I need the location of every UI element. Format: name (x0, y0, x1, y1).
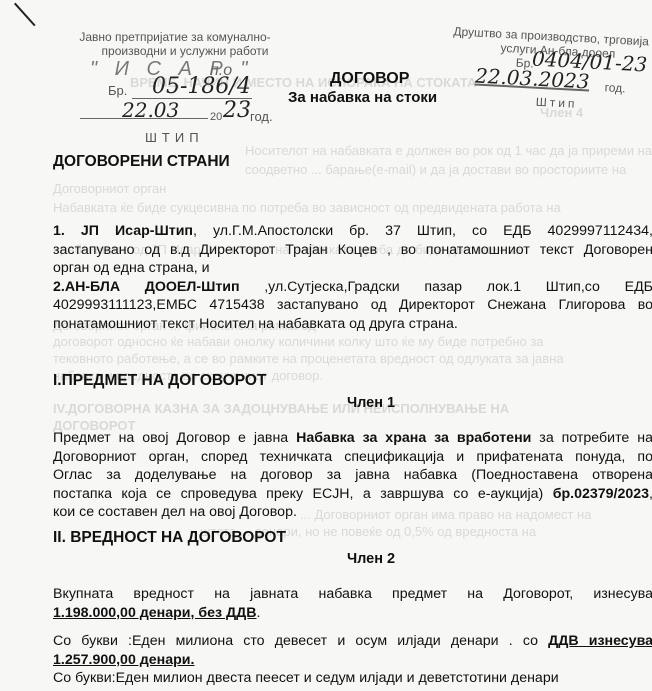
ghost-text: Носителот на набавката е должен во рок о… (245, 141, 652, 160)
ghost-text: Набавката ќе биде сукцесивна по потреба … (53, 198, 561, 217)
notice-number: бр.02379/2023 (553, 486, 649, 502)
stamp-city: ШТИП (145, 130, 204, 145)
party1-line1: 1. ЈП Исар-Штип, ул.Г.М.Апостолски бр. 3… (53, 222, 652, 241)
stamp-number-label: Бр. (108, 83, 127, 98)
parties-paragraph: 1. ЈП Исар-Штип, ул.Г.М.Апостолски бр. 3… (53, 222, 652, 333)
section2-heading: II. ВРЕДНОСТ НА ДОГОВОРОТ (53, 529, 286, 547)
amount-gross: 1.257.900,00 денари. (53, 652, 194, 668)
section2-paragraph: Вкупната вредност на јавната набавка пре… (53, 585, 652, 622)
stamp-date-value: 22.03.2023 (475, 64, 591, 94)
party1-line3: орган од една страна, и (53, 259, 652, 278)
section2-article: Член 2 (0, 551, 652, 567)
party1-name: 1. ЈП Исар-Штип (53, 223, 193, 239)
parties-heading: ДОГОВОРЕНИ СТРАНИ (53, 153, 230, 171)
section2-words-paragraph: Со букви :Еден милиона сто девесет и осу… (53, 632, 652, 688)
party1-line2: застапувано од в.д Директорот Трајан Коц… (53, 241, 652, 260)
party2-name: 2.АН-БЛА ДООЕЛ-Штип (53, 279, 240, 295)
stamp-year-prefix: 20 (210, 111, 222, 123)
party2-line1: 2.АН-БЛА ДООЕЛ-Штип ,ул.Сутјеска,Градски… (53, 278, 652, 297)
section1-paragraph: Предмет на овој Договор е јавна Набавка … (53, 429, 652, 522)
amount-gross-words: Со букви:Еден милион двеста пеесет и сед… (53, 669, 652, 688)
party2-line3: понатамошниот текст Носител на набавката… (53, 315, 652, 334)
procurement-subject: Набавка за храна за вработени (296, 430, 531, 446)
stamp-date-value: 22.03 (122, 98, 179, 122)
scan-mark (14, 3, 36, 27)
document-title: ДОГОВОР (330, 70, 409, 88)
ghost-text: соодветно ... барање(e-mail) и да ја дос… (245, 160, 626, 179)
stamp-city: Штип (535, 95, 577, 111)
stamp-year-suffix: год. (250, 109, 273, 124)
stamp-year-suffix: год. (604, 80, 626, 95)
stamp-org-line2: производни и услужни работи (90, 44, 280, 58)
stamp-an-bla: Друштво за производство, трговија и услу… (448, 20, 652, 31)
section1-heading: I.ПРЕДМЕТ НА ДОГОВОРОТ (53, 372, 266, 390)
ghost-text: Договорниот орган (53, 179, 166, 198)
stamp-number-value: 05-186/4 (152, 74, 251, 99)
stamp-org-line1: Јавно претпријатие за комунално- (70, 30, 280, 44)
amount-net: 1.198.000,00 денари, без ДДВ (53, 605, 257, 621)
stamp-year-value: 23 (223, 98, 251, 123)
document-subtitle: За набавка на стоки (288, 89, 437, 106)
document-page: ВРЕМЕ, НАЧИН И МЕСТО НА ИСПОРАКА НА СТОК… (0, 0, 652, 691)
section1-article: Член 1 (0, 395, 652, 411)
party2-line2: 4029993111123,ЕМБС 4715438 застапувано о… (53, 296, 652, 315)
